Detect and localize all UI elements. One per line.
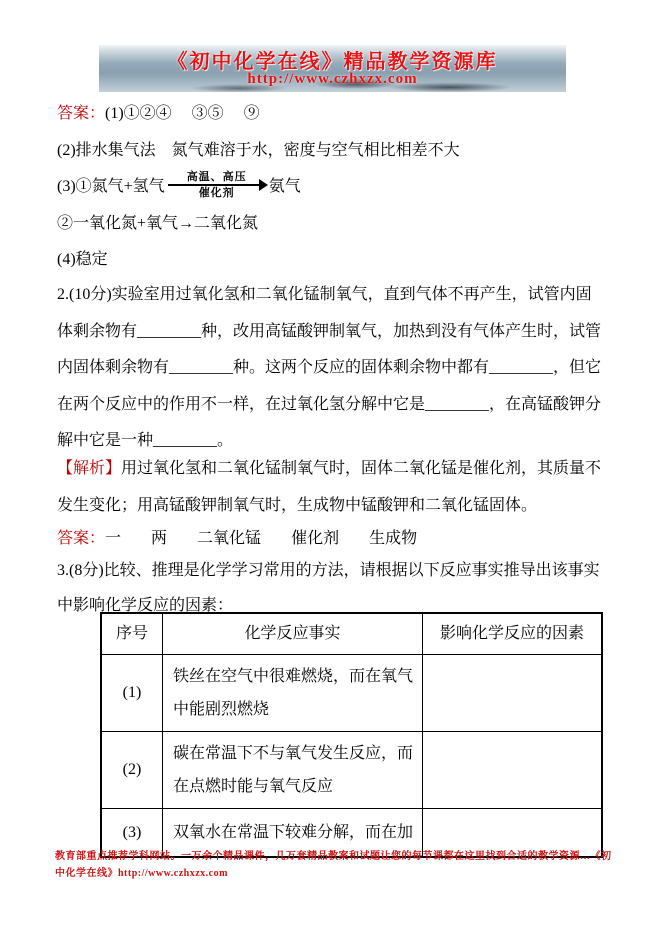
table-header-fact: 化学反应事实 (163, 613, 423, 655)
analysis-block: 【解析】用过氧化氢和二氧化锰制氧气时，固体二氧化锰是催化剂，其质量不 发生变化；… (57, 451, 609, 524)
answer-label: 答案： (57, 105, 105, 122)
question2-line: 体剩余物有________种，改用高锰酸钾制氧气，加热到没有气体产生时，试管 (57, 314, 609, 351)
answer-line-2: (2)排水集气法 氮气难溶于水，密度与空气相比相差不大 (57, 133, 609, 170)
section1-answers: 答案：(1)①②④ ③⑤ ⑨ (2)排水集气法 氮气难溶于水，密度与空气相比相差… (57, 96, 609, 279)
analysis-line-2: 发生变化；用高锰酸钾制氧气时，生成物中锰酸钾和二氧化锰固体。 (57, 488, 609, 525)
equation-product: 氨气 (269, 178, 301, 195)
reaction-facts-table: 序号 化学反应事实 影响化学反应的因素 (1) 铁丝在空气中很难燃烧，而在氧气中… (100, 612, 603, 858)
answer-line-1: 答案：(1)①②④ ③⑤ ⑨ (57, 96, 609, 133)
answer-label: 答案： (57, 530, 105, 547)
document-page: 《初中化学在线》精品教学资源库 http://www.czhxzx.com 答案… (0, 0, 661, 936)
reaction-arrow: 高温、高压催化剂 (168, 171, 266, 199)
question2-line: 在两个反应中的作用不一样，在过氧化氢分解中它是________，在高锰酸钾分 (57, 387, 609, 424)
table-header-factor: 影响化学反应的因素 (423, 613, 603, 655)
table-row: (1) 铁丝在空气中很难燃烧，而在氧气中能剧烈燃烧 (101, 655, 602, 732)
footer-line-2: 中化学在线》http://www.czhxzx.com (55, 866, 613, 883)
row-number: (1) (101, 655, 163, 732)
site-banner: 《初中化学在线》精品教学资源库 http://www.czhxzx.com (99, 45, 566, 92)
analysis-line-1: 【解析】用过氧化氢和二氧化锰制氧气时，固体二氧化锰是催化剂，其质量不 (57, 451, 609, 488)
equation-reactants: (3)①氮气+氢气 (57, 178, 165, 195)
analysis-label: 【解析】 (57, 460, 121, 477)
question2-block: 2.(10分)实验室用过氧化氢和二氧化锰制氧气，直到气体不再产生，试管内固 体剩… (57, 277, 609, 460)
reaction-condition-top: 高温、高压 (187, 171, 247, 183)
row-fact: 碳在常温下不与氧气发生反应，而在点燃时能与氧气反应 (163, 732, 423, 809)
arrowhead-icon (259, 179, 268, 191)
analysis-text: 用过氧化氢和二氧化锰制氧气时，固体二氧化锰是催化剂，其质量不 (121, 460, 601, 477)
question3-line: 3.(8分)比较、推理是化学学习常用的方法，请根据以下反应事实推导出该事实 (57, 553, 609, 588)
reaction-arrow-icon (168, 184, 266, 186)
row-number: (2) (101, 732, 163, 809)
footer-line-1: 教育部重点推荐学科网站。一万余个精品课件，几万套精品教案和试题让您的每节课都在这… (55, 849, 613, 866)
question2-line: 内固体剩余物有________种。这两个反应的固体剩余物中都有________，… (57, 350, 609, 387)
banner-url: http://www.czhxzx.com (247, 71, 417, 87)
footer: 教育部重点推荐学科网站。一万余个精品课件，几万套精品教案和试题让您的每节课都在这… (55, 849, 613, 882)
banner-title: 《初中化学在线》精品教学资源库 (168, 51, 498, 73)
row-factor (423, 655, 603, 732)
row-factor (423, 732, 603, 809)
answer-line-3-equation: (3)①氮气+氢气高温、高压催化剂氨气 (57, 169, 609, 206)
reaction-condition-bottom: 催化剂 (199, 187, 235, 199)
table-row: (2) 碳在常温下不与氧气发生反应，而在点燃时能与氧气反应 (101, 732, 602, 809)
table-header-row: 序号 化学反应事实 影响化学反应的因素 (101, 613, 602, 655)
row-fact: 铁丝在空气中很难燃烧，而在氧气中能剧烈燃烧 (163, 655, 423, 732)
table-header-no: 序号 (101, 613, 163, 655)
answer-line-4-equation: ②一氧化氮+氧气→二氧化氮 (57, 206, 609, 243)
answer-line-5: (4)稳定 (57, 242, 609, 279)
answer-1-values: (1)①②④ ③⑤ ⑨ (105, 105, 260, 122)
question2-line: 2.(10分)实验室用过氧化氢和二氧化锰制氧气，直到气体不再产生，试管内固 (57, 277, 609, 314)
